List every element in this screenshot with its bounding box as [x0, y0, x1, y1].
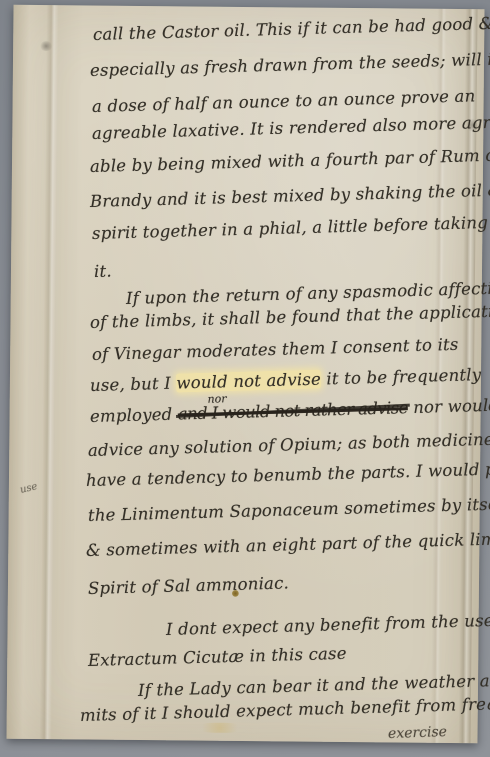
manuscript-line-highlighted: use, but I would not advise it to be fre…	[90, 365, 482, 395]
manuscript-line: & sometimes with an eight part of the qu…	[86, 529, 490, 560]
margin-annotation: use	[19, 481, 39, 496]
manuscript-line: spirit together in a phial, a little bef…	[92, 213, 488, 243]
line-text: it to be frequently	[321, 365, 482, 388]
manuscript-line: Spirit of Sal ammoniac.	[88, 573, 289, 598]
manuscript-line: able by being mixed with a fourth par of…	[90, 145, 490, 176]
manuscript-line: especially as fresh drawn from the seeds…	[90, 49, 490, 80]
manuscript-text: call the Castor oil. This if it can be h…	[0, 0, 490, 757]
highlighted-text: would not advise	[176, 370, 321, 393]
manuscript-line: call the Castor oil. This if it can be h…	[93, 14, 490, 44]
line-text: employed	[90, 405, 178, 426]
manuscript-line: the Linimentum Saponaceum sometimes by i…	[88, 494, 490, 525]
photo-background: call the Castor oil. This if it can be h…	[0, 0, 490, 757]
manuscript-line: a dose of half an ounce to an ounce prov…	[92, 86, 476, 116]
manuscript-line: of Vinegar moderates them I consent to i…	[92, 335, 459, 364]
manuscript-line: Extractum Cicutæ in this case	[88, 644, 347, 670]
catchword: exercise	[388, 724, 447, 742]
manuscript-line: Brandy and it is best mixed by shaking t…	[90, 180, 490, 211]
line-text: nor would I	[407, 395, 490, 417]
inserted-word: nor	[207, 392, 226, 406]
manuscript-line: it.	[94, 262, 112, 281]
manuscript-line: have a tendency to benumb the parts. I w…	[86, 458, 490, 490]
manuscript-line: agreable laxative. It is rendered also m…	[92, 112, 490, 143]
manuscript-line: advice any solution of Opium; as both me…	[88, 429, 490, 460]
line-text: use, but I	[90, 374, 177, 395]
manuscript-line-deletion: employed and I would not rather advise n…	[90, 395, 490, 426]
manuscript-line: I dont expect any benefit from the use o…	[166, 609, 490, 639]
